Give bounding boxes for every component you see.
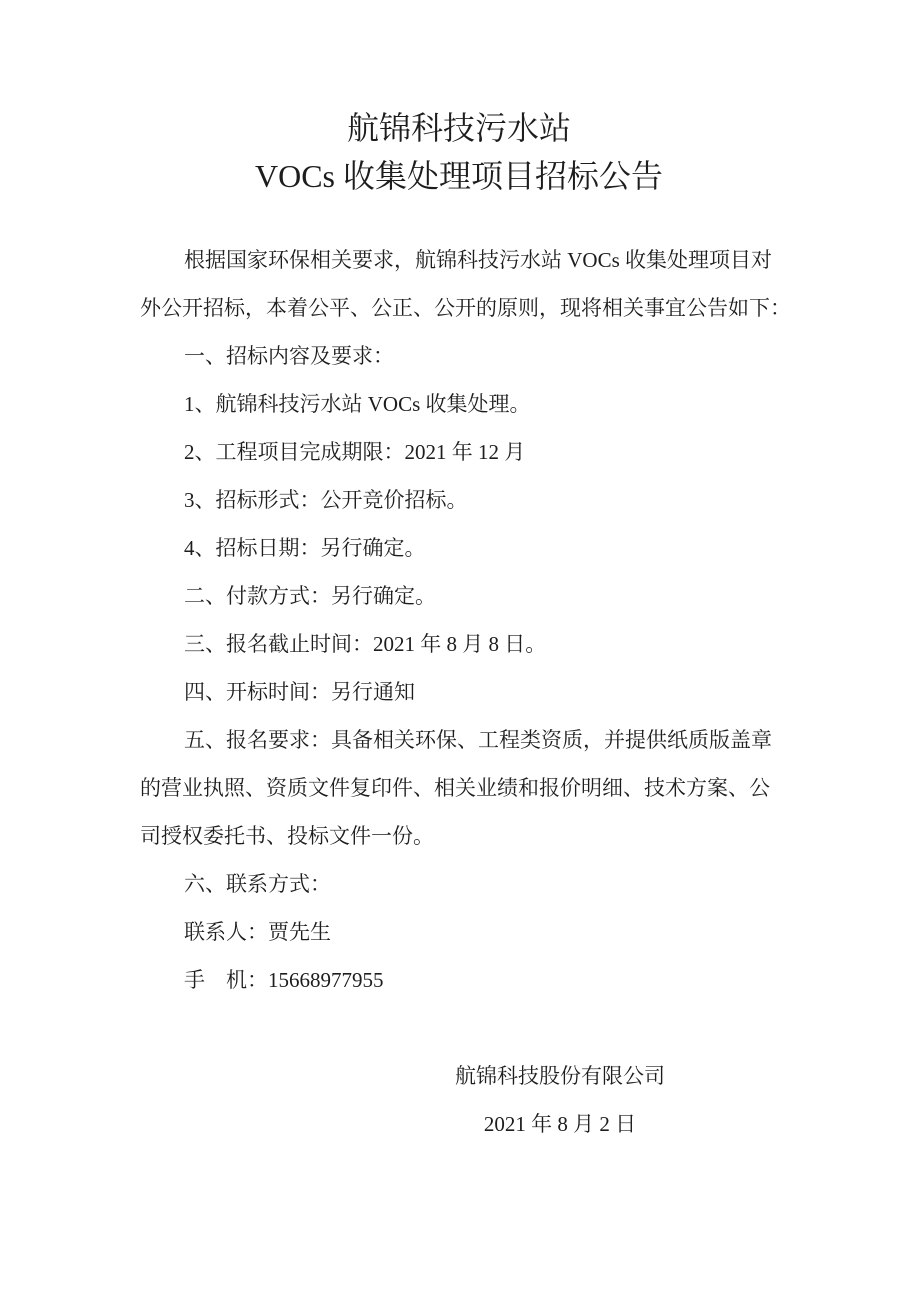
body-line: 司授权委托书、投标文件一份。 [140,812,778,860]
body-line: 二、付款方式：另行确定。 [140,572,778,620]
body-line: 3、招标形式：公开竞价招标。 [140,476,778,524]
document-body: 根据国家环保相关要求，航锦科技污水站 VOCs 收集处理项目对 外公开招标，本着… [140,236,778,1004]
document-title-line-1: 航锦科技污水站 [140,104,778,152]
signature-date: 2021 年 8 月 2 日 [342,1100,778,1148]
body-line: 六、联系方式： [140,860,778,908]
body-line: 1、航锦科技污水站 VOCs 收集处理。 [140,380,778,428]
signature-block: 航锦科技股份有限公司 2021 年 8 月 2 日 [140,1052,778,1148]
body-line: 根据国家环保相关要求，航锦科技污水站 VOCs 收集处理项目对 [140,236,778,284]
body-line: 三、报名截止时间：2021 年 8 月 8 日。 [140,620,778,668]
body-line: 4、招标日期：另行确定。 [140,524,778,572]
body-line: 2、工程项目完成期限：2021 年 12 月 [140,428,778,476]
body-line: 四、开标时间：另行通知 [140,668,778,716]
body-line: 一、招标内容及要求： [140,332,778,380]
body-line: 外公开招标，本着公平、公正、公开的原则，现将相关事宜公告如下： [140,284,778,332]
document-title: 航锦科技污水站 VOCs 收集处理项目招标公告 [140,104,778,200]
body-line: 的营业执照、资质文件复印件、相关业绩和报价明细、技术方案、公 [140,764,778,812]
body-line: 联系人：贾先生 [140,908,778,956]
document-title-line-2: VOCs 收集处理项目招标公告 [140,152,778,200]
document-page: 航锦科技污水站 VOCs 收集处理项目招标公告 根据国家环保相关要求，航锦科技污… [0,0,918,1299]
signature-company: 航锦科技股份有限公司 [342,1052,778,1100]
body-line: 五、报名要求：具备相关环保、工程类资质，并提供纸质版盖章 [140,716,778,764]
body-line: 手 机：15668977955 [140,956,778,1004]
